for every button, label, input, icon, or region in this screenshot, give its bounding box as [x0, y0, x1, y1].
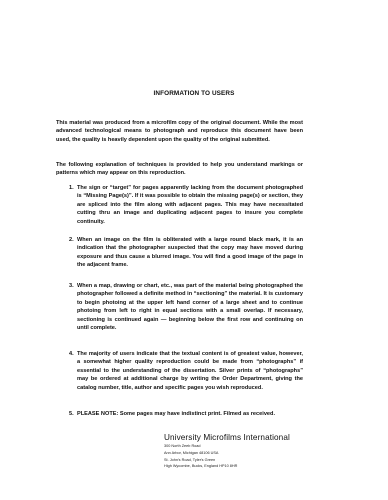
- document-page: INFORMATION TO USERS This material was p…: [0, 0, 388, 500]
- page-title: INFORMATION TO USERS: [0, 90, 388, 97]
- list-item-text: The majority of users indicate that the …: [77, 351, 303, 391]
- publisher-address: 300 North Zeeb Road Ann Arbor, Michigan …: [164, 443, 290, 470]
- list-item-number: 1.: [69, 184, 74, 192]
- publisher-block: University Microfilms International 300 …: [164, 433, 290, 470]
- list-item: 1. The sign or “target” for pages appare…: [77, 184, 303, 226]
- list-item-number: 4.: [69, 350, 74, 358]
- address-line: St. John's Road, Tyler's Green: [164, 457, 290, 464]
- list-item-number: 3.: [69, 282, 74, 290]
- address-line: 300 North Zeeb Road: [164, 443, 290, 450]
- list-item-text: The sign or “target” for pages apparentl…: [77, 185, 303, 225]
- address-line: Ann Arbor, Michigan 48106 USA: [164, 450, 290, 457]
- list-item-text: When a map, drawing or chart, etc., was …: [77, 283, 303, 331]
- publisher-name: University Microfilms International: [164, 433, 290, 442]
- list-item: 2. When an image on the film is oblitera…: [77, 236, 303, 270]
- intro-paragraph: This material was produced from a microf…: [56, 119, 303, 144]
- list-item: 4. The majority of users indicate that t…: [77, 350, 303, 392]
- list-item-number: 5.: [69, 410, 74, 418]
- list-item-text: PLEASE NOTE: Some pages may have indisti…: [77, 411, 275, 417]
- list-item: 5. PLEASE NOTE: Some pages may have indi…: [77, 410, 303, 418]
- list-item-text: When an image on the film is obliterated…: [77, 237, 303, 268]
- explanation-paragraph: The following explanation of techniques …: [56, 161, 303, 178]
- list-item-number: 2.: [69, 236, 74, 244]
- address-line: High Wycombe, Bucks, England HP10 8HR: [164, 463, 290, 470]
- list-item: 3. When a map, drawing or chart, etc., w…: [77, 282, 303, 332]
